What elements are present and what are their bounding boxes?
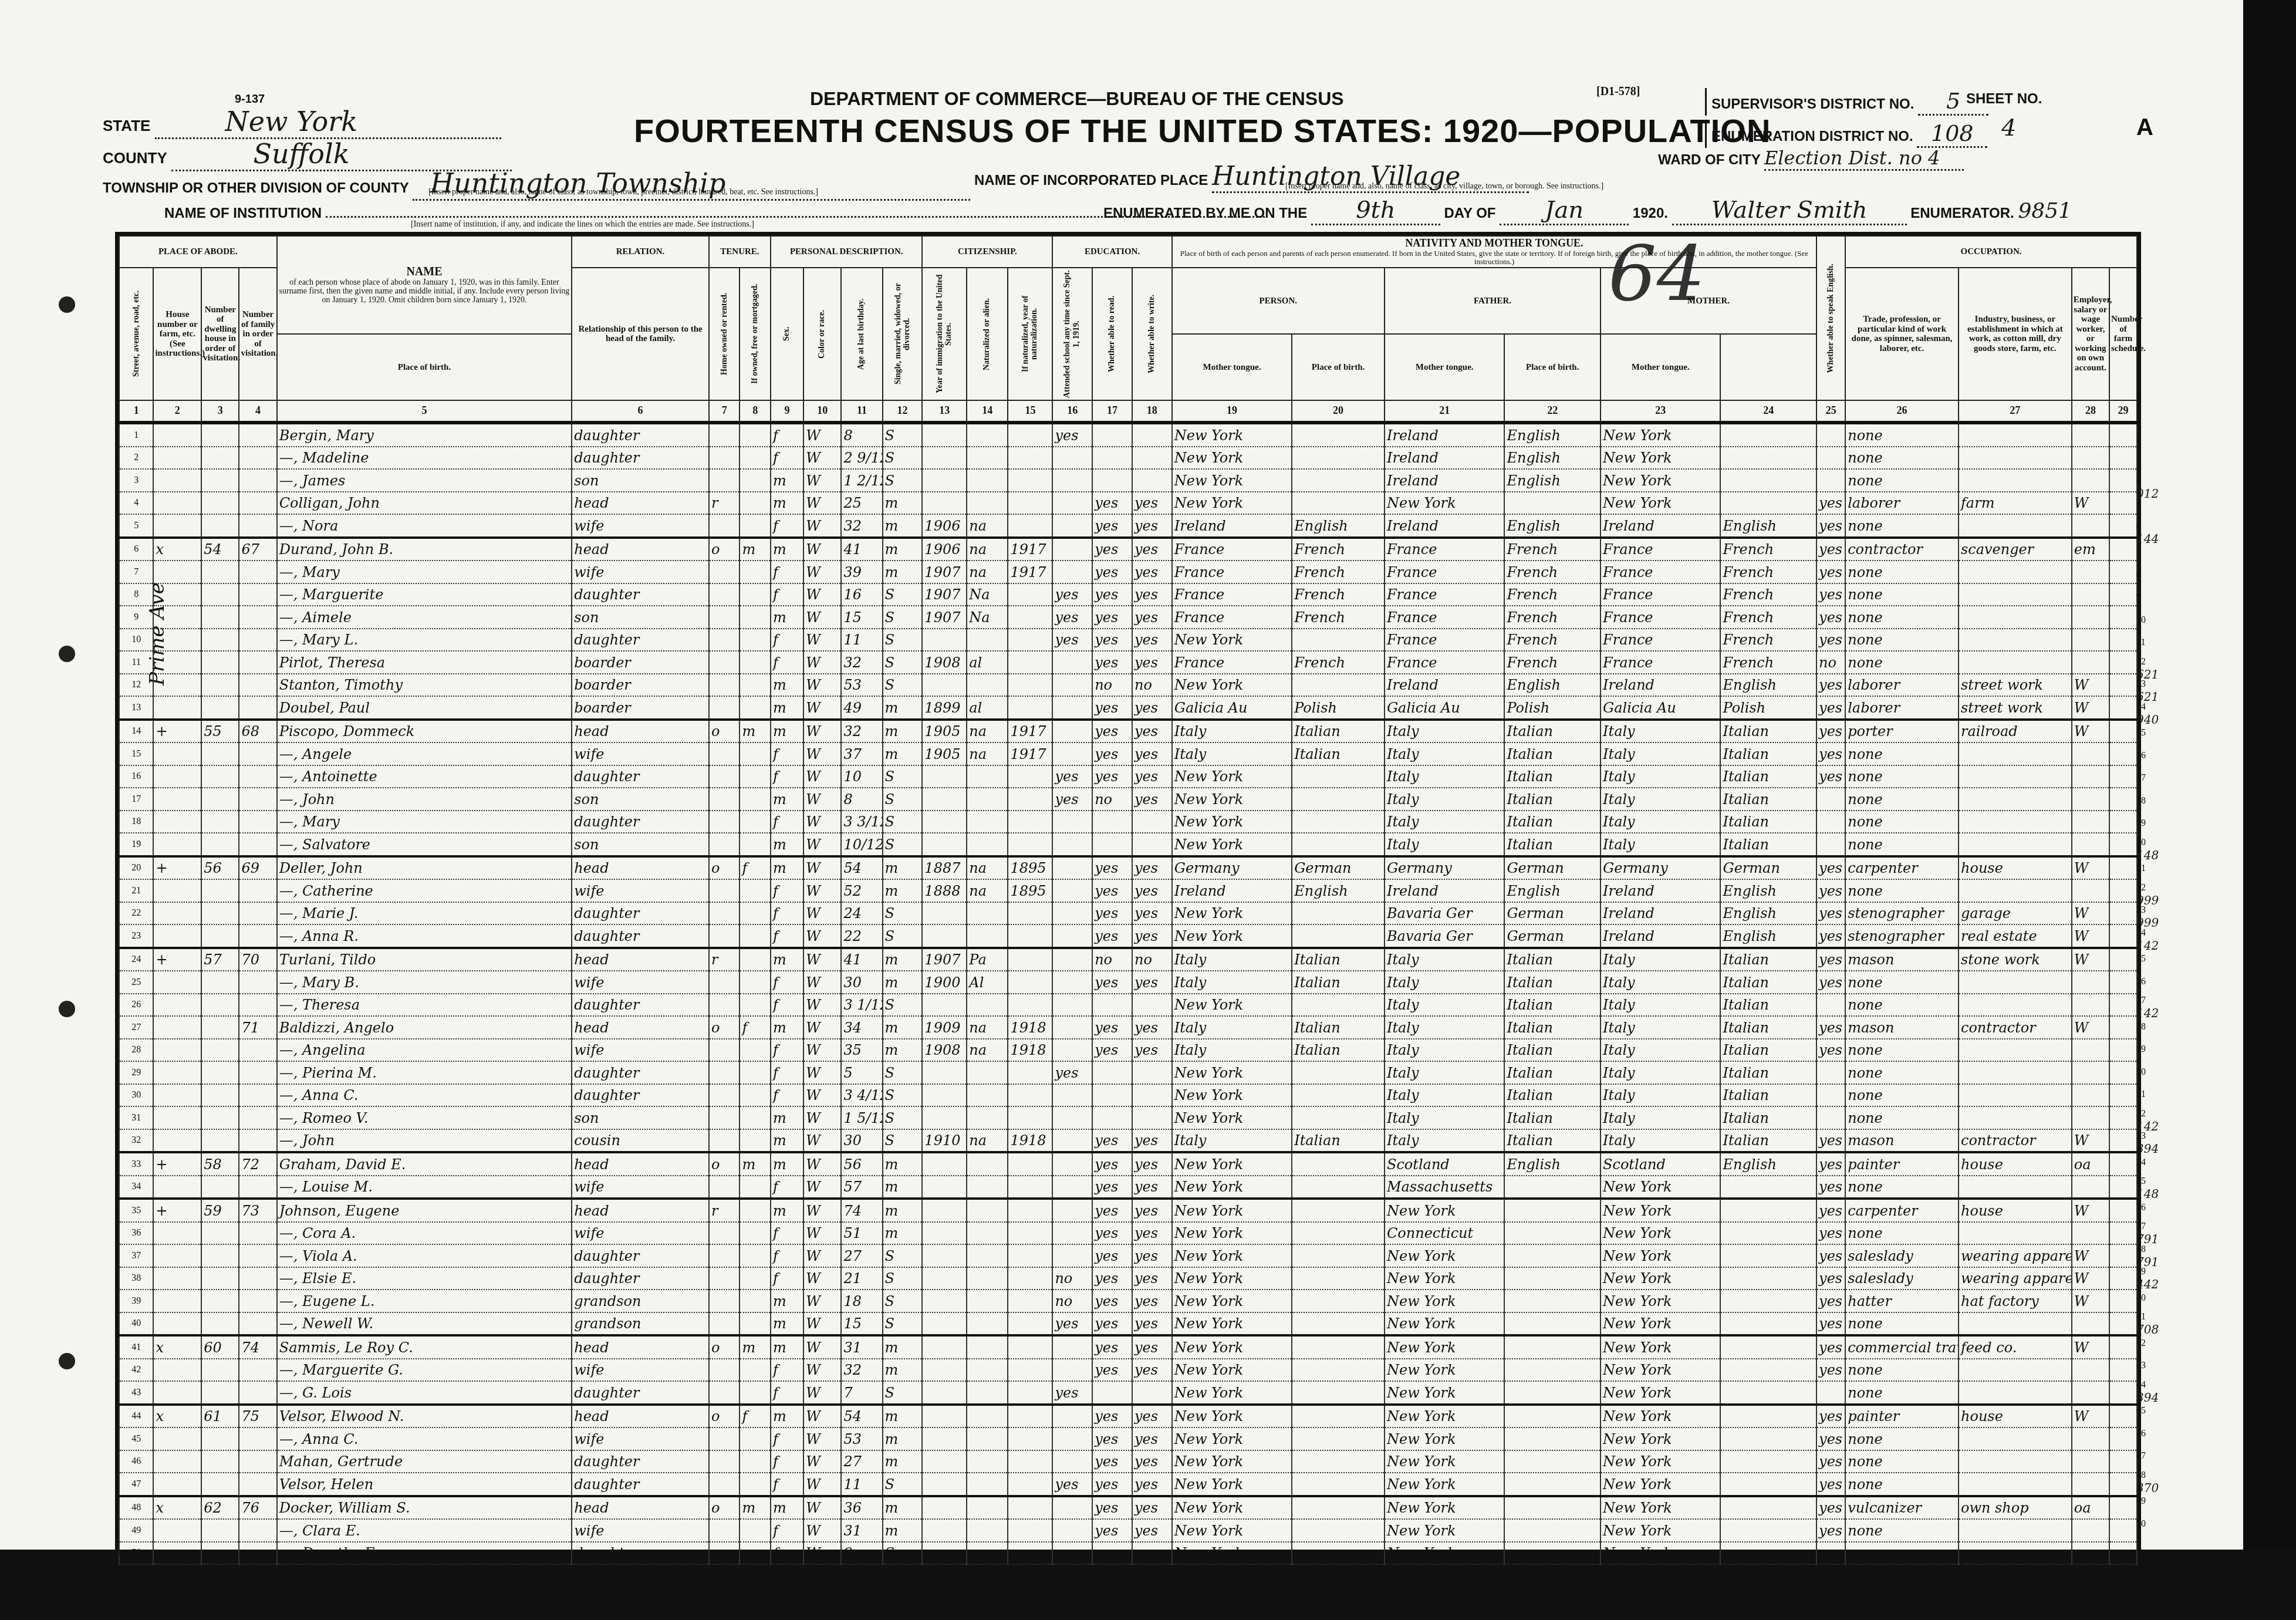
- cell-dwelling: [239, 811, 276, 833]
- cell-home: o: [709, 1405, 740, 1428]
- cell-natyr: [1008, 1335, 1052, 1359]
- cell-ftongue: German: [1504, 924, 1601, 948]
- cell-mpob: Ireland: [1601, 902, 1720, 925]
- cell-dwelling: 76: [239, 1496, 276, 1520]
- cell-school: [1052, 538, 1092, 561]
- line-number: 14: [119, 720, 153, 743]
- cell-mtongue: Italian: [1720, 811, 1816, 833]
- cell-imm: [922, 1152, 967, 1176]
- line-number: 30: [119, 1084, 153, 1107]
- cell-race: W: [803, 561, 841, 583]
- right-margin-line: 31: [2136, 1086, 2160, 1100]
- cell-ftongue: [1504, 1542, 1601, 1565]
- cell-marital: S: [883, 469, 923, 492]
- col-17-header: Whether able to read.: [1092, 268, 1132, 400]
- cell-read: [1092, 1061, 1132, 1084]
- cell-pob: New York: [1172, 902, 1292, 925]
- cell-dwelling: 68: [239, 720, 276, 743]
- cell-mark: [153, 696, 201, 720]
- cell-dwelling: [239, 1039, 276, 1062]
- cell-nat: [967, 629, 1008, 652]
- cell-nat: na: [967, 514, 1008, 538]
- cell-sex: f: [771, 1039, 803, 1062]
- cell-name: —, Salvatore: [277, 833, 572, 856]
- cell-free: f: [740, 856, 771, 880]
- cell-trade: laborer: [1845, 674, 1959, 697]
- cell-read: [1092, 1106, 1132, 1129]
- cell-write: yes: [1132, 538, 1172, 561]
- cell-marital: S: [883, 583, 923, 606]
- cell-mtongue: [1720, 1496, 1816, 1520]
- col-19-header: Place of birth.: [277, 334, 572, 400]
- cell-home: [709, 1106, 740, 1129]
- cell-mtongue: [1720, 1359, 1816, 1382]
- cell-fpob: Ireland: [1385, 469, 1504, 492]
- cell-home: [709, 1290, 740, 1312]
- cell-race: W: [803, 1222, 841, 1245]
- cell-free: [740, 674, 771, 697]
- cell-home: [709, 423, 740, 447]
- col-16-header: Attended school any time since Sept. 1, …: [1052, 268, 1092, 400]
- cell-sex: f: [771, 879, 803, 902]
- col-13-header: Year of immigration to the United States…: [922, 268, 967, 400]
- cell-farm: [2109, 469, 2137, 492]
- cell-class: em: [2072, 538, 2109, 561]
- cell-mpob: New York: [1601, 1267, 1720, 1290]
- cell-race: W: [803, 1450, 841, 1473]
- cell-sex: f: [771, 514, 803, 538]
- column-number: 29: [2109, 400, 2137, 423]
- cell-eng: yes: [1816, 1335, 1845, 1359]
- cell-tongue: German: [1292, 856, 1385, 880]
- enumerated-field: ENUMERATED BY ME ON THE 9th DAY OF Jan 1…: [1103, 197, 2072, 225]
- cell-age: 3 1/12: [841, 994, 882, 1017]
- cell-industry: [1959, 1473, 2072, 1496]
- cell-imm: [922, 1519, 967, 1542]
- cell-eng: yes: [1816, 1199, 1845, 1222]
- cell-mtongue: French: [1720, 629, 1816, 652]
- cell-school: [1052, 994, 1092, 1017]
- cell-farm: [2109, 1084, 2137, 1107]
- cell-mark: [153, 629, 201, 652]
- cell-ftongue: Italian: [1504, 788, 1601, 811]
- cell-mpob: New York: [1601, 423, 1720, 447]
- column-number: 22: [1504, 400, 1601, 423]
- cell-rel: wife: [572, 514, 709, 538]
- cell-house: [201, 1129, 239, 1153]
- cell-pob: New York: [1172, 1084, 1292, 1107]
- cell-mtongue: [1720, 1312, 1816, 1336]
- cell-tongue: [1292, 1106, 1385, 1129]
- cell-trade: none: [1845, 447, 1959, 470]
- cell-write: yes: [1132, 902, 1172, 925]
- cell-mpob: Italy: [1601, 720, 1720, 743]
- cell-read: [1092, 833, 1132, 856]
- table-row: 36—, Cora A.wifefW51myesyesNew YorkConne…: [119, 1222, 2137, 1245]
- cell-industry: [1959, 743, 2072, 765]
- right-margin-line: 6 144: [2136, 521, 2160, 546]
- cell-school: [1052, 948, 1092, 971]
- cell-fpob: Bavaria Ger: [1385, 924, 1504, 948]
- cell-tongue: Italian: [1292, 743, 1385, 765]
- cell-nat: [967, 1405, 1008, 1428]
- cell-eng: yes: [1816, 1129, 1845, 1153]
- cell-pob: Galicia Au: [1172, 696, 1292, 720]
- institution-hint: [Insert name of institution, if any, and…: [411, 220, 754, 230]
- cell-school: no: [1052, 1267, 1092, 1290]
- group-tenure: TENURE.: [709, 236, 771, 268]
- cell-eng: yes: [1816, 1405, 1845, 1428]
- cell-home: r: [709, 948, 740, 971]
- cell-mtongue: English: [1720, 902, 1816, 925]
- cell-nat: [967, 1473, 1008, 1496]
- column-number: 6: [572, 400, 709, 423]
- cell-name: —, James: [277, 469, 572, 492]
- line-number: 2: [119, 447, 153, 470]
- table-row: 47Velsor, HelendaughterfW11SyesyesyesNew…: [119, 1473, 2137, 1496]
- cell-house: [201, 788, 239, 811]
- cell-ftongue: Italian: [1504, 1129, 1601, 1153]
- cell-marital: S: [883, 811, 923, 833]
- cell-eng: yes: [1816, 1152, 1845, 1176]
- cell-natyr: [1008, 765, 1052, 788]
- enumeration-district: ENUMERATION DISTRICT NO. 108: [1705, 120, 1987, 148]
- cell-house: [201, 583, 239, 606]
- cell-name: —, Clara E.: [277, 1519, 572, 1542]
- group-relation: RELATION.: [572, 236, 709, 268]
- cell-mtongue: Italian: [1720, 948, 1816, 971]
- cell-dwelling: 69: [239, 856, 276, 880]
- cell-imm: 1908: [922, 651, 967, 674]
- line-number: 39: [119, 1290, 153, 1312]
- cell-tongue: [1292, 423, 1385, 447]
- cell-tongue: [1292, 469, 1385, 492]
- right-margin-line: 35 148: [2136, 1176, 2160, 1201]
- cell-marital: m: [883, 1427, 923, 1450]
- line-number: 16: [119, 765, 153, 788]
- cell-name: —, Newell W.: [277, 1312, 572, 1336]
- cell-natyr: [1008, 1381, 1052, 1405]
- cell-farm: [2109, 1542, 2137, 1565]
- cell-school: [1052, 514, 1092, 538]
- table-row: 7—, MarywifefW39m1907na1917yesyesFranceF…: [119, 561, 2137, 583]
- column-number: 19: [1172, 400, 1292, 423]
- cell-dwelling: [239, 788, 276, 811]
- cell-nat: na: [967, 879, 1008, 902]
- cell-rel: son: [572, 469, 709, 492]
- cell-class: [2072, 514, 2109, 538]
- cell-free: m: [740, 538, 771, 561]
- cell-eng: yes: [1816, 948, 1845, 971]
- cell-mark: [153, 765, 201, 788]
- cell-sex: f: [771, 1267, 803, 1290]
- cell-natyr: [1008, 629, 1052, 652]
- cell-age: 34: [841, 1016, 882, 1039]
- cell-tongue: English: [1292, 514, 1385, 538]
- cell-name: —, Cora A.: [277, 1222, 572, 1245]
- right-margin-line: 40: [2136, 1290, 2160, 1304]
- cell-rel: daughter: [572, 994, 709, 1017]
- cell-marital: S: [883, 1061, 923, 1084]
- col-14-header: Naturalized or alien.: [967, 268, 1008, 400]
- cell-nat: na: [967, 720, 1008, 743]
- cell-read: [1092, 469, 1132, 492]
- cell-imm: 1887: [922, 856, 967, 880]
- cell-natyr: [1008, 1542, 1052, 1565]
- group-mother: MOTHER.: [1601, 268, 1816, 334]
- cell-sex: m: [771, 1016, 803, 1039]
- table-row: 40—, Newell W.grandsonmW15SyesyesyesNew …: [119, 1312, 2137, 1336]
- cell-eng: yes: [1816, 1244, 1845, 1267]
- cell-mpob: New York: [1601, 1450, 1720, 1473]
- cell-sex: f: [771, 811, 803, 833]
- cell-dwelling: [239, 1222, 276, 1245]
- cell-house: [201, 514, 239, 538]
- cell-school: [1052, 469, 1092, 492]
- column-number: 5: [277, 400, 572, 423]
- cell-natyr: [1008, 696, 1052, 720]
- cell-house: [201, 879, 239, 902]
- cell-write: [1132, 423, 1172, 447]
- cell-eng: [1816, 469, 1845, 492]
- cell-name: —, Elsie E.: [277, 1267, 572, 1290]
- cell-race: W: [803, 1039, 841, 1062]
- cell-mpob: Italy: [1601, 948, 1720, 971]
- cell-write: yes: [1132, 1039, 1172, 1062]
- cell-industry: [1959, 583, 2072, 606]
- cell-free: [740, 696, 771, 720]
- cell-class: [2072, 469, 2109, 492]
- cell-industry: wearing apparel: [1959, 1267, 2072, 1290]
- cell-marital: S: [883, 994, 923, 1017]
- cell-free: [740, 1061, 771, 1084]
- cell-natyr: [1008, 1496, 1052, 1520]
- cell-imm: 1900: [922, 971, 967, 994]
- col-28-header: Employer, salary or wage worker, or work…: [2072, 268, 2109, 400]
- cell-write: yes: [1132, 1176, 1172, 1199]
- cell-mtongue: English: [1720, 879, 1816, 902]
- cell-mark: [153, 423, 201, 447]
- cell-marital: m: [883, 1359, 923, 1382]
- cell-dwelling: 75: [239, 1405, 276, 1428]
- cell-marital: S: [883, 833, 923, 856]
- cell-race: W: [803, 1427, 841, 1450]
- cell-rel: son: [572, 788, 709, 811]
- cell-industry: hat factory: [1959, 1290, 2072, 1312]
- cell-class: W: [2072, 1405, 2109, 1428]
- cell-mpob: New York: [1601, 1473, 1720, 1496]
- cell-free: [740, 1450, 771, 1473]
- cell-industry: [1959, 1039, 2072, 1062]
- cell-house: [201, 1061, 239, 1084]
- cell-eng: yes: [1816, 1312, 1845, 1336]
- cell-trade: mason: [1845, 1129, 1959, 1153]
- cell-write: yes: [1132, 971, 1172, 994]
- cell-mtongue: Italian: [1720, 788, 1816, 811]
- cell-school: [1052, 743, 1092, 765]
- cell-write: [1132, 447, 1172, 470]
- cell-school: [1052, 879, 1092, 902]
- cell-mpob: New York: [1601, 1290, 1720, 1312]
- group-personal: PERSONAL DESCRIPTION.: [771, 236, 922, 268]
- cell-free: [740, 561, 771, 583]
- cell-eng: yes: [1816, 1450, 1845, 1473]
- cell-school: [1052, 1222, 1092, 1245]
- cell-name: —, Marguerite G.: [277, 1359, 572, 1382]
- cell-nat: [967, 1222, 1008, 1245]
- enumerated-month: Jan: [1500, 197, 1629, 225]
- cell-marital: m: [883, 1016, 923, 1039]
- cell-eng: [1816, 811, 1845, 833]
- cell-farm: [2109, 994, 2137, 1017]
- cell-school: [1052, 696, 1092, 720]
- cell-eng: yes: [1816, 1267, 1845, 1290]
- cell-tongue: Italian: [1292, 1129, 1385, 1153]
- cell-age: 41: [841, 538, 882, 561]
- group-abode: PLACE OF ABODE.: [119, 236, 277, 268]
- cell-ftongue: English: [1504, 879, 1601, 902]
- cell-farm: [2109, 1061, 2137, 1084]
- cell-free: [740, 1106, 771, 1129]
- cell-ftongue: Italian: [1504, 765, 1601, 788]
- cell-tongue: [1292, 1496, 1385, 1520]
- cell-pob: New York: [1172, 1106, 1292, 1129]
- cell-dwelling: [239, 1312, 276, 1336]
- cell-fpob: Italy: [1385, 765, 1504, 788]
- cell-mtongue: [1720, 1335, 1816, 1359]
- cell-tongue: [1292, 833, 1385, 856]
- cell-ftongue: English: [1504, 674, 1601, 697]
- cell-rel: grandson: [572, 1312, 709, 1336]
- cell-home: o: [709, 1016, 740, 1039]
- cell-marital: m: [883, 1335, 923, 1359]
- cell-race: W: [803, 833, 841, 856]
- cell-natyr: [1008, 1084, 1052, 1107]
- cell-fpob: France: [1385, 629, 1504, 652]
- cell-rel: wife: [572, 561, 709, 583]
- cell-tongue: [1292, 1335, 1385, 1359]
- cell-mtongue: [1720, 1427, 1816, 1450]
- cell-farm: [2109, 447, 2137, 470]
- line-number: 25: [119, 971, 153, 994]
- cell-rel: daughter: [572, 1473, 709, 1496]
- col-4-header: Number of family in order of visitation.: [239, 268, 276, 400]
- cell-ftongue: French: [1504, 583, 1601, 606]
- cell-write: yes: [1132, 1152, 1172, 1176]
- cell-read: yes: [1092, 765, 1132, 788]
- cell-sex: f: [771, 1244, 803, 1267]
- cell-industry: [1959, 1106, 2072, 1129]
- cell-ftongue: Italian: [1504, 948, 1601, 971]
- cell-rel: wife: [572, 1176, 709, 1199]
- cell-class: W: [2072, 1129, 2109, 1153]
- cell-write: yes: [1132, 788, 1172, 811]
- table-row: 38—, Elsie E.daughterfW21SnoyesyesNew Yo…: [119, 1267, 2137, 1290]
- cell-trade: none: [1845, 1106, 1959, 1129]
- cell-pob: New York: [1172, 674, 1292, 697]
- cell-sex: f: [771, 1176, 803, 1199]
- cell-farm: [2109, 1129, 2137, 1153]
- line-number: 3: [119, 469, 153, 492]
- cell-rel: head: [572, 1199, 709, 1222]
- cell-nat: Pa: [967, 948, 1008, 971]
- cell-trade: none: [1845, 1519, 1959, 1542]
- cell-read: yes: [1092, 538, 1132, 561]
- cell-read: yes: [1092, 1450, 1132, 1473]
- table-row: 18—, MarydaughterfW3 3/12SNew YorkItalyI…: [119, 811, 2137, 833]
- right-margin-line: 22 999: [2136, 883, 2160, 907]
- cell-rel: head: [572, 538, 709, 561]
- cell-industry: own shop: [1959, 1496, 2072, 1520]
- punch-hole-icon: [59, 1001, 75, 1017]
- cell-read: yes: [1092, 1335, 1132, 1359]
- cell-race: W: [803, 743, 841, 765]
- cell-farm: [2109, 1405, 2137, 1428]
- cell-rel: daughter: [572, 1244, 709, 1267]
- cell-mpob: Italy: [1601, 971, 1720, 994]
- cell-ftongue: Italian: [1504, 1061, 1601, 1084]
- column-number: 20: [1292, 400, 1385, 423]
- cell-trade: none: [1845, 606, 1959, 629]
- cell-house: [201, 1039, 239, 1062]
- cell-natyr: [1008, 1290, 1052, 1312]
- cell-age: 30: [841, 1129, 882, 1153]
- cell-home: [709, 469, 740, 492]
- cell-age: 51: [841, 1222, 882, 1245]
- cell-marital: m: [883, 514, 923, 538]
- cell-school: [1052, 1129, 1092, 1153]
- cell-dwelling: [239, 423, 276, 447]
- cell-fpob: France: [1385, 538, 1504, 561]
- cell-name: —, Antoinette: [277, 765, 572, 788]
- cell-age: 15: [841, 1312, 882, 1336]
- cell-tongue: [1292, 1290, 1385, 1312]
- cell-mpob: France: [1601, 538, 1720, 561]
- cell-house: [201, 765, 239, 788]
- cell-natyr: [1008, 423, 1052, 447]
- cell-pob: France: [1172, 538, 1292, 561]
- cell-imm: [922, 765, 967, 788]
- cell-class: [2072, 743, 2109, 765]
- cell-natyr: 1918: [1008, 1016, 1052, 1039]
- cell-mtongue: English: [1720, 514, 1816, 538]
- cell-nat: [967, 1381, 1008, 1405]
- cell-write: yes: [1132, 514, 1172, 538]
- table-row: 26—, TheresadaughterfW3 1/12SNew YorkIta…: [119, 994, 2137, 1017]
- cell-school: [1052, 1359, 1092, 1382]
- cell-pob: Italy: [1172, 971, 1292, 994]
- cell-class: [2072, 1222, 2109, 1245]
- cell-fpob: Ireland: [1385, 514, 1504, 538]
- cell-nat: al: [967, 651, 1008, 674]
- cell-eng: [1816, 833, 1845, 856]
- line-number: 11: [119, 651, 153, 674]
- cell-fpob: Ireland: [1385, 879, 1504, 902]
- cell-pob: New York: [1172, 1359, 1292, 1382]
- cell-mpob: Ireland: [1601, 514, 1720, 538]
- cell-school: yes: [1052, 606, 1092, 629]
- cell-race: W: [803, 651, 841, 674]
- cell-free: [740, 743, 771, 765]
- cell-home: o: [709, 1335, 740, 1359]
- cell-race: W: [803, 1152, 841, 1176]
- table-row: 39—, Eugene L.grandsonmW18SnoyesyesNew Y…: [119, 1290, 2137, 1312]
- cell-mtongue: English: [1720, 674, 1816, 697]
- cell-school: [1052, 561, 1092, 583]
- cell-nat: [967, 1244, 1008, 1267]
- cell-age: 18: [841, 1290, 882, 1312]
- ward-value: Election Dist. no 4: [1764, 147, 1964, 171]
